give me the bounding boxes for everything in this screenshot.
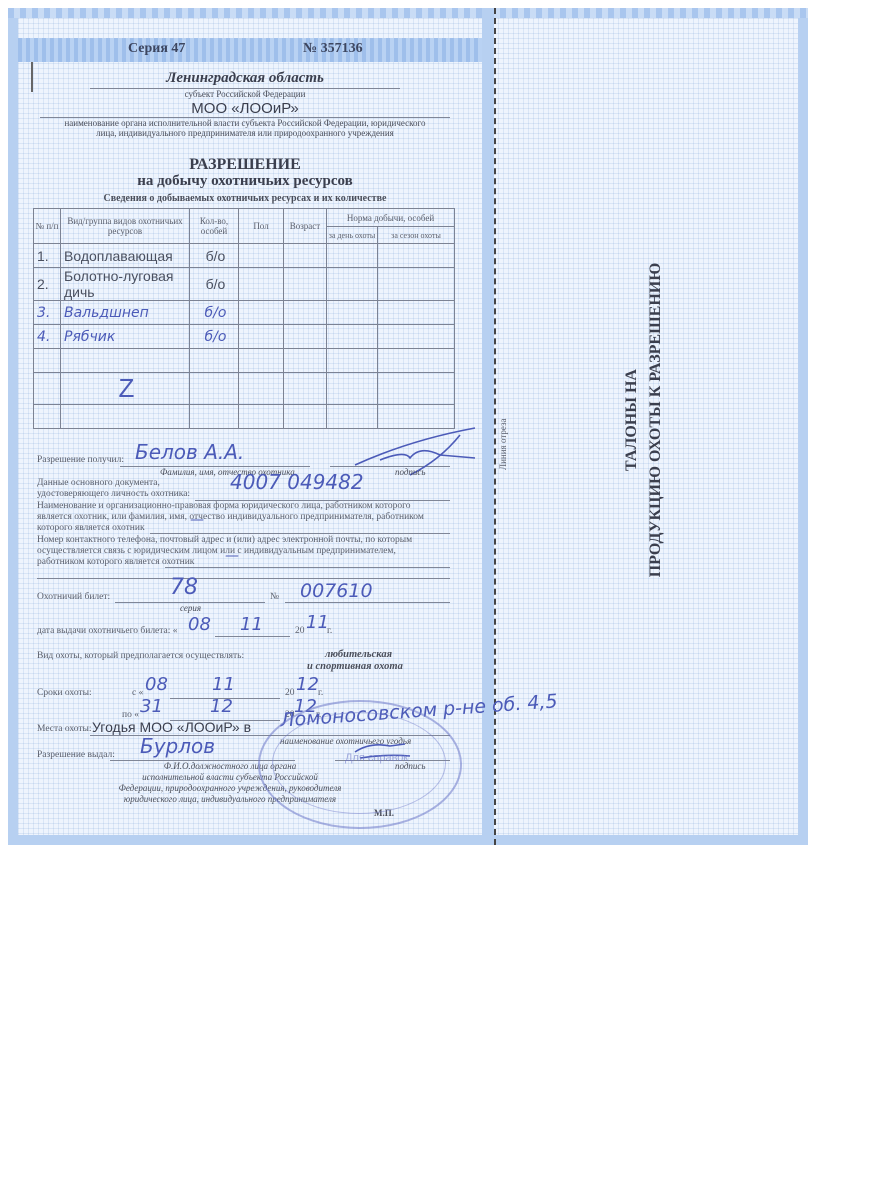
period-label: Сроки охоты:: [37, 688, 92, 698]
ticket-issue-label: дата выдачи охотничьего билета: «: [37, 626, 178, 636]
ticket-series: 78: [170, 575, 198, 600]
col-norm: Норма добычи, особей: [327, 209, 455, 227]
cell-sex: [239, 244, 284, 268]
cell-num: 2.: [34, 268, 61, 301]
cell-per-season: [378, 373, 455, 405]
hunt-type-value-1: любительская: [325, 649, 392, 660]
period-to-day: 31: [140, 696, 163, 717]
cell-per-day: [327, 325, 378, 349]
employer-label-1: Наименование и организационно-правовая ф…: [37, 501, 410, 511]
receiver-name: Белов А.А.: [135, 440, 244, 464]
ticket-issue-year: 11: [306, 612, 329, 633]
ticket-number: 007610: [300, 580, 373, 602]
table-row: 4.Рябчикб/о: [34, 325, 455, 349]
subtitle: на добычу охотничьих ресурсов: [30, 173, 460, 190]
table-row: [34, 349, 455, 373]
issuer: МОО «ЛООиР»: [90, 100, 400, 117]
contact-label-2: осуществляется связь с юридическим лицом…: [37, 546, 396, 556]
cell-age: [284, 373, 327, 405]
cell-count: б/о: [190, 244, 239, 268]
cell-sex: [239, 405, 284, 429]
cell-num: 4.: [34, 325, 61, 349]
cell-num: 3.: [34, 301, 61, 325]
cell-per-season: [378, 268, 455, 301]
period-from-year: 12: [296, 674, 319, 695]
issuer-caption-2: лица, индивидуального предпринимателя ил…: [30, 128, 460, 138]
id-doc-label-2: удостоверяющего личность охотника:: [37, 489, 190, 499]
cell-num: 1.: [34, 244, 61, 268]
series-banner: Серия 47 № 357136: [18, 38, 482, 62]
cell-per-season: [378, 349, 455, 373]
cut-line-label: Линия отреза: [498, 418, 508, 470]
cell-species: Водоплавающая: [61, 244, 190, 268]
cell-count: б/о: [190, 268, 239, 301]
hunt-type-label: Вид охоты, который предполагается осущес…: [37, 651, 244, 661]
table-row: Z: [34, 373, 455, 405]
period-from-month: 11: [212, 674, 235, 695]
ticket-issue-day: 08: [188, 614, 211, 635]
guilloche-border: [8, 8, 808, 18]
cell-per-day: [327, 268, 378, 301]
cell-species: Рябчик: [61, 325, 190, 349]
talon-title-2: ПРОДУКЦИЮ ОХОТЫ К РАЗРЕШЕНИЮ: [644, 180, 668, 660]
col-age: Возраст: [284, 209, 327, 244]
region: Ленинградская область: [90, 70, 400, 87]
cell-per-day: [327, 373, 378, 405]
talon-title-1: ТАЛОНЫ НА: [620, 180, 644, 660]
title: РАЗРЕШЕНИЕ: [30, 156, 460, 174]
cell-age: [284, 301, 327, 325]
cut-line: [494, 8, 496, 845]
cell-num: [34, 349, 61, 373]
cell-num: [34, 405, 61, 429]
talon-title: ТАЛОНЫ НА ПРОДУКЦИЮ ОХОТЫ К РАЗРЕШЕНИЮ: [620, 180, 668, 660]
employer-label-2: является охотник, или фамилия, имя, отче…: [37, 512, 424, 522]
employer-value: —: [190, 512, 204, 528]
cell-species: [61, 405, 190, 429]
period-from-day: 08: [145, 674, 168, 695]
period-to-month: 12: [210, 696, 233, 717]
table-row: 1.Водоплавающаяб/о: [34, 244, 455, 268]
cell-count: [190, 405, 239, 429]
col-num: № п/п: [34, 209, 61, 244]
cell-per-season: [378, 301, 455, 325]
cell-num: [34, 373, 61, 405]
cell-sex: [239, 325, 284, 349]
cell-per-season: [378, 244, 455, 268]
issuer-label: Разрешение выдал:: [37, 750, 115, 760]
cell-per-day: [327, 349, 378, 373]
issuer-name: Бурлов: [140, 734, 215, 758]
place-label: Места охоты:: [37, 724, 92, 734]
contact-label-1: Номер контактного телефона, почтовый адр…: [37, 535, 412, 545]
id-doc-label-1: Данные основного документа,: [37, 478, 160, 488]
cell-age: [284, 349, 327, 373]
cell-sex: [239, 301, 284, 325]
hunt-type-value-2: и спортивная охота: [307, 661, 403, 672]
cell-per-day: [327, 301, 378, 325]
place-printed: Угодья МОО «ЛООиР» в: [92, 719, 251, 735]
stamp-text: Для справок: [345, 752, 408, 764]
table-row: 2.Болотно-луговая дичьб/о: [34, 268, 455, 301]
permit-number: № 357136: [303, 41, 363, 57]
cell-age: [284, 405, 327, 429]
ticket-series-caption: серия: [180, 603, 201, 613]
table-caption: Сведения о добываемых охотничьих ресурса…: [30, 193, 460, 204]
ticket-label: Охотничий билет:: [37, 592, 110, 602]
cell-sex: [239, 268, 284, 301]
cell-species: Z: [61, 373, 190, 405]
contact-label-3: работником которого является охотник: [37, 557, 194, 567]
ticket-number-prefix: №: [270, 592, 279, 602]
cell-species: Вальдшнеп: [61, 301, 190, 325]
employer-label-3: которого является охотник: [37, 523, 145, 533]
col-species: Вид/группа видов охотничьих ресурсов: [61, 209, 190, 244]
cell-count: [190, 349, 239, 373]
ticket-year-suffix: г.: [327, 626, 332, 636]
col-per-day: за день охоты: [327, 227, 378, 244]
cell-per-day: [327, 244, 378, 268]
table-row: 3.Вальдшнепб/о: [34, 301, 455, 325]
cell-sex: [239, 349, 284, 373]
cell-count: [190, 373, 239, 405]
region-caption: субъект Российской Федерации: [90, 89, 400, 99]
issuer-caption-1: наименование органа исполнительной власт…: [30, 118, 460, 128]
col-count: Кол-во, особей: [190, 209, 239, 244]
tab-mark: [31, 58, 33, 92]
cell-sex: [239, 373, 284, 405]
cell-count: б/о: [190, 301, 239, 325]
cell-species: [61, 349, 190, 373]
ticket-year-prefix: 20: [295, 626, 305, 636]
receiver-label: Разрешение получил:: [37, 455, 124, 465]
resources-table: № п/п Вид/группа видов охотничьих ресурс…: [33, 208, 455, 429]
series-label: Серия 47: [128, 41, 185, 57]
id-doc-value: 4007 049482: [230, 470, 364, 494]
cell-per-season: [378, 325, 455, 349]
period-from-year-suffix: г.: [318, 688, 323, 698]
contact-value: —: [225, 548, 239, 564]
cell-age: [284, 268, 327, 301]
signature-caption: подпись: [395, 467, 426, 477]
col-sex: Пол: [239, 209, 284, 244]
cell-age: [284, 244, 327, 268]
cell-species: Болотно-луговая дичь: [61, 268, 190, 301]
ticket-issue-month: 11: [240, 614, 263, 635]
col-per-season: за сезон охоты: [378, 227, 455, 244]
cell-count: б/о: [190, 325, 239, 349]
cell-age: [284, 325, 327, 349]
